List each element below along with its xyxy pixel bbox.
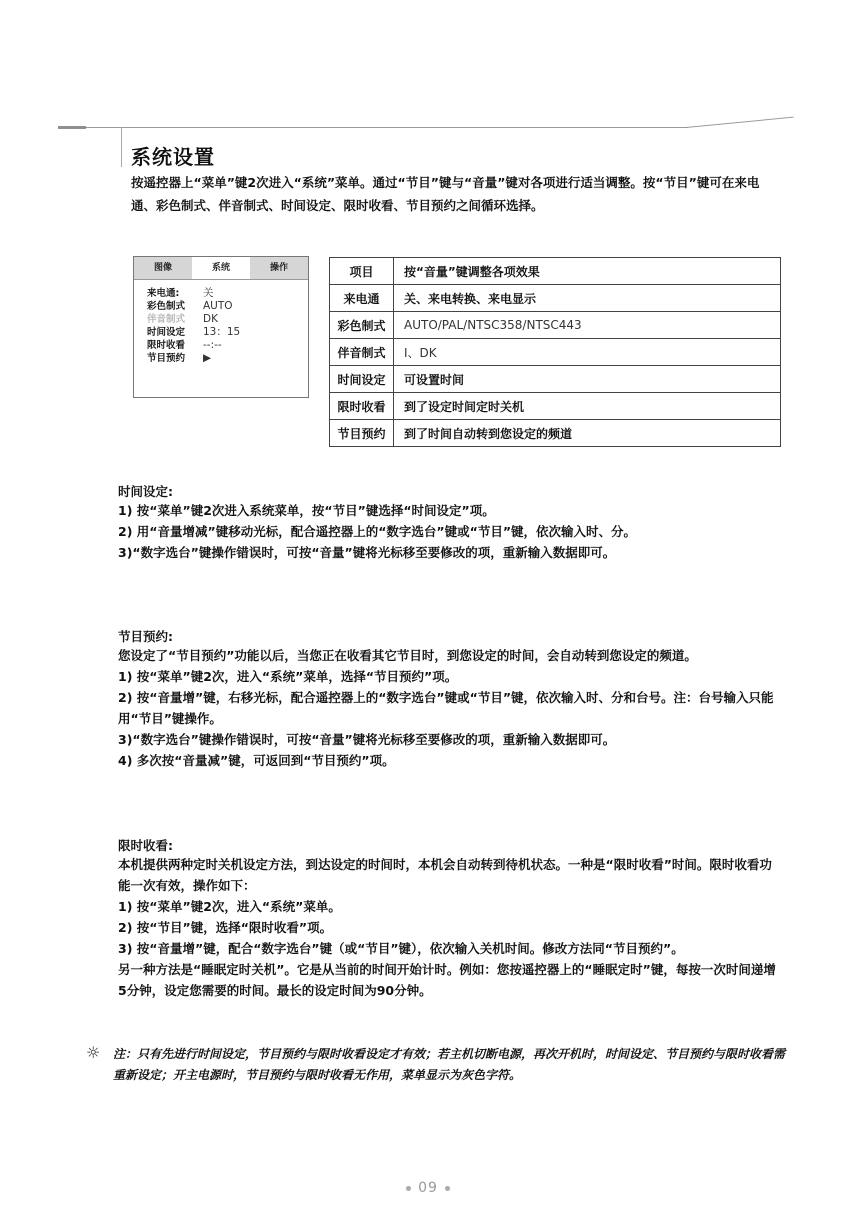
header-rule-slant [686,117,794,128]
osd-row: 节目预约 ▶ [147,352,308,365]
section-intro: 按遥控器上“菜单”键2次进入“系统”菜单。通过“节目”键与“音量”键对各项进行适… [131,171,781,217]
section-title: 系统设置 [131,141,215,170]
dot-icon [445,1186,450,1191]
list-item: 2) 按“音量增”键，右移光标，配合遥控器上的“数字选台”键或“节目”键，依次输… [118,687,784,729]
header-accent-bar [58,126,86,129]
timed-viewing-body: 本机提供两种定时关机设定方法，到达设定的时间时，本机会自动转到待机状态。一种是“… [118,854,784,1001]
settings-table: 项目 按“音量”键调整各项效果 来电通 关、来电转换、来电显示 彩色制式 AUT… [329,257,781,447]
list-item: 1) 按“菜单”键2次进入系统菜单，按“节目”键选择“时间设定”项。 [118,500,784,521]
osd-menu-illustration: 图像 系统 操作 来电通: 关 彩色制式 AUTO 伴音制式 DK 时间设定 1… [133,256,309,398]
timed-viewing-intro: 本机提供两种定时关机设定方法，到达设定的时间时，本机会自动转到待机状态。一种是“… [118,854,784,896]
list-item: 2) 用“音量增减”键移动光标，配合遥控器上的“数字选台”键或“节目”键，依次输… [118,521,784,542]
reservation-body: 您设定了“节目预约”功能以后，当您正在收看其它节目时，到您设定的时间，会自动转到… [118,645,784,771]
list-item: 1) 按“菜单”键2次，进入“系统”菜单。 [118,896,784,917]
osd-rows: 来电通: 关 彩色制式 AUTO 伴音制式 DK 时间设定 13：15 限时收看… [134,280,308,365]
osd-row-label-disabled: 伴音制式 [147,313,203,326]
list-item: 4) 多次按“音量减”键，可返回到“节目预约”项。 [118,750,784,771]
page-number: 09 [393,1180,463,1196]
table-cell-effect: 可设置时间 [394,366,781,393]
osd-row-label: 时间设定 [147,326,203,339]
timed-viewing-heading: 限时收看: [118,836,173,854]
table-header-effect: 按“音量”键调整各项效果 [394,258,781,285]
header-vertical-rule [121,127,122,167]
osd-row-label: 彩色制式 [147,300,203,313]
osd-row: 彩色制式 AUTO [147,300,308,313]
table-cell-item: 限时收看 [330,393,394,420]
osd-tab-bar: 图像 系统 操作 [134,257,308,280]
osd-row: 时间设定 13：15 [147,326,308,339]
list-item: 3) 按“音量增”键，配合“数字选台”键（或“节目”键），依次输入关机时间。修改… [118,938,784,959]
list-item: 3)“数字选台”键操作错误时，可按“音量”键将光标移至要修改的项，重新输入数据即… [118,542,784,563]
list-item: 2) 按“节目”键，选择“限时收看”项。 [118,917,784,938]
table-cell-item: 时间设定 [330,366,394,393]
table-cell-effect: I、DK [394,339,781,366]
note-text: 注：只有先进行时间设定，节目预约与限时收看设定才有效；若主机切断电源，再次开机时… [113,1044,785,1086]
table-row: 限时收看 到了设定时间定时关机 [330,393,781,420]
reservation-heading: 节目预约: [118,627,173,645]
osd-tab-picture: 图像 [134,257,192,279]
table-cell-item: 彩色制式 [330,312,394,339]
osd-row-value: --:-- [203,339,222,352]
header-rule [86,127,688,128]
table-cell-effect: 关、来电转换、来电显示 [394,285,781,312]
table-row: 时间设定 可设置时间 [330,366,781,393]
table-cell-effect: AUTO/PAL/NTSC358/NTSC443 [394,312,781,339]
time-setting-steps: 1) 按“菜单”键2次进入系统菜单，按“节目”键选择“时间设定”项。 2) 用“… [118,500,784,563]
osd-row-value: DK [203,313,218,326]
table-row: 彩色制式 AUTO/PAL/NTSC358/NTSC443 [330,312,781,339]
osd-row-label: 来电通: [147,287,203,300]
osd-row: 限时收看 --:-- [147,339,308,352]
table-row: 伴音制式 I、DK [330,339,781,366]
osd-row: 来电通: 关 [147,287,308,300]
table-cell-item: 来电通 [330,285,394,312]
time-setting-heading: 时间设定: [118,482,173,500]
table-cell-effect: 到了时间自动转到您设定的频道 [394,420,781,447]
osd-row-value: 13：15 [203,326,240,339]
table-header-row: 项目 按“音量”键调整各项效果 [330,258,781,285]
table-cell-item: 伴音制式 [330,339,394,366]
play-arrow-icon: ▶ [203,352,211,365]
osd-row-value: AUTO [203,300,233,313]
timed-viewing-outro: 另一种方法是“睡眠定时关机”。它是从当前的时间开始计时。例如：您按遥控器上的“睡… [118,959,784,1001]
osd-row: 伴音制式 DK [147,313,308,326]
table-header-item: 项目 [330,258,394,285]
table-row: 来电通 关、来电转换、来电显示 [330,285,781,312]
osd-row-label: 节目预约 [147,352,203,365]
osd-tab-operation: 操作 [250,257,308,279]
list-item: 1) 按“菜单”键2次，进入“系统”菜单，选择“节目预约”项。 [118,666,784,687]
table-cell-effect: 到了设定时间定时关机 [394,393,781,420]
table-row: 节目预约 到了时间自动转到您设定的频道 [330,420,781,447]
dot-icon [406,1186,411,1191]
osd-row-value: 关 [203,287,214,300]
sun-icon: ☼ [86,1044,104,1062]
list-item: 3)“数字选台”键操作错误时，可按“音量”键将光标移至要修改的项，重新输入数据即… [118,729,784,750]
table-cell-item: 节目预约 [330,420,394,447]
osd-tab-system: 系统 [192,257,250,279]
reservation-intro: 您设定了“节目预约”功能以后，当您正在收看其它节目时，到您设定的时间，会自动转到… [118,645,784,666]
page-number-text: 09 [418,1180,438,1196]
osd-row-label: 限时收看 [147,339,203,352]
